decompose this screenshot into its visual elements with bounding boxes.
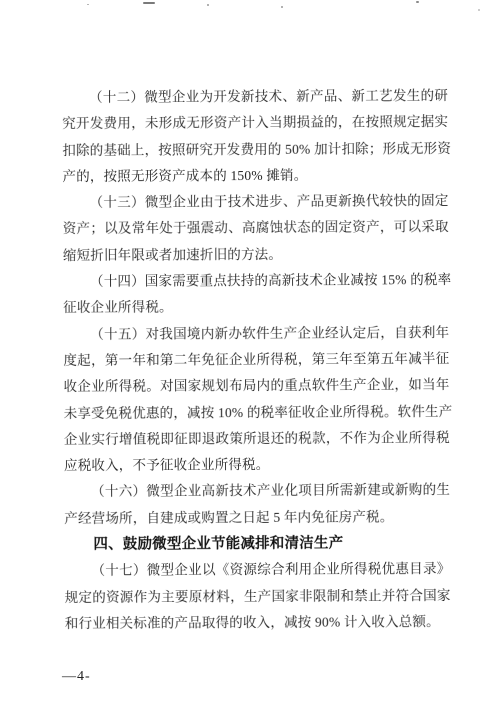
text-line: （十五）对我国境内新办软件生产企业经认定后，自获利年 <box>63 320 449 348</box>
text-line: （十六）微型企业高新技术产业化项目所需新建或新购的生 <box>64 477 450 505</box>
text-line: 产经营场所，自建成或购置之日起 5 年内免征房产税。 <box>64 504 450 532</box>
scan-noise-speck <box>478 9 480 11</box>
scan-noise-speck <box>207 4 209 6</box>
page-number: —4- <box>62 668 91 686</box>
text-line: 企业实行增值税即征即退政策所退还的税款，不作为企业所得税 <box>64 425 450 453</box>
text-line: 征收企业所得税。 <box>63 293 449 321</box>
text-line: 产的，按照无形资产成本的 150% 摊销。 <box>62 162 448 190</box>
document-body: （十二）微型企业为开发新技术、新产品、新工艺发生的研 究开发费用，未形成无形资产… <box>62 83 451 637</box>
text-line: 扣除的基础上，按照研究开发费用的 50% 加计扣除；形成无形资 <box>62 136 448 164</box>
text-line: 度起，第一年和第二年免征企业所得税，第三年至第五年减半征 <box>63 346 449 374</box>
text-line: 资产；以及常年处于强震动、高腐蚀状态的固定资产，可以采取 <box>63 214 449 242</box>
scan-noise-speck <box>416 1 419 3</box>
text-line: （十四）国家需要重点扶持的高新技术企业减按 15% 的税率 <box>63 267 449 295</box>
text-line: 规定的资源作为主要原材料，生产国家非限制和禁止并符合国家 <box>65 583 451 611</box>
text-line: （十七）微型企业以《资源综合利用企业所得税优惠目录》 <box>64 556 450 584</box>
scanned-page: （十二）微型企业为开发新技术、新产品、新工艺发生的研 究开发费用，未形成无形资产… <box>0 0 500 707</box>
section-heading: 四、鼓励微型企业节能减排和清洁生产 <box>64 530 450 558</box>
scan-noise-speck <box>143 2 155 4</box>
text-line: （十三）微型企业由于技术进步、产品更新换代较快的固定 <box>63 188 449 216</box>
scan-noise-speck <box>87 4 89 5</box>
text-line: 应税收入，不予征收企业所得税。 <box>64 451 450 479</box>
text-line: 缩短折旧年限或者加速折旧的方法。 <box>63 241 449 269</box>
text-line: 究开发费用，未形成无形资产计入当期损益的，在按照规定据实 <box>62 109 448 137</box>
scan-noise-speck <box>281 6 283 8</box>
text-line: 未享受免税优惠的，减按 10% 的税率征收企业所得税。软件生产 <box>64 399 450 427</box>
text-line: 和行业相关标准的产品取得的收入，减按 90% 计入收入总额。 <box>65 609 451 637</box>
text-line: 收企业所得税。对国家规划布局内的重点软件生产企业，如当年 <box>64 372 450 400</box>
text-line: （十二）微型企业为开发新技术、新产品、新工艺发生的研 <box>62 83 448 111</box>
